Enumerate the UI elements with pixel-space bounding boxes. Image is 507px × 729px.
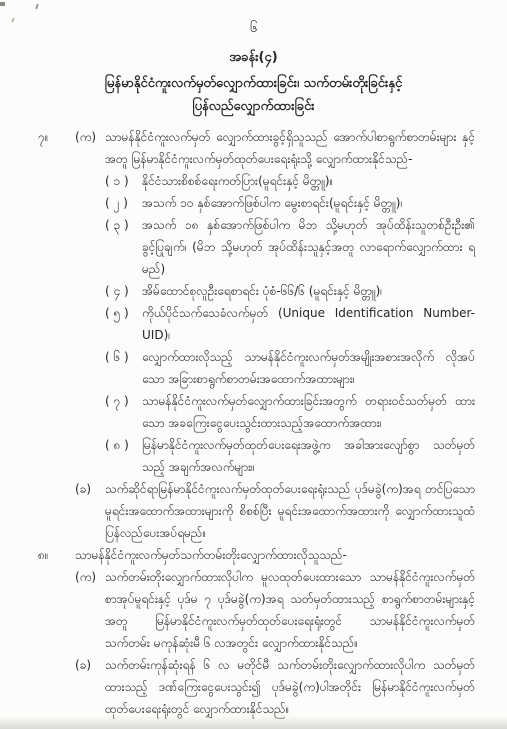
list-item-8-text: မြန်မာနိုင်ငံကူးလက်မှတ်ထုတ်ပေးရေးအဖွဲ့က … xyxy=(142,434,475,478)
list-item-5-number: ( ၅ ) xyxy=(105,302,142,324)
scan-artifact-bottom-band xyxy=(0,716,507,729)
section-7-clause-kha-text: သက်ဆိုင်ရာမြန်မာနိုင်ငံကူးလက်မှတ်ထုတ်ပေး… xyxy=(105,478,475,544)
document-title: မြန်မာနိုင်ငံကူးလက်မှတ်လျှောက်ထားခြင်း၊ … xyxy=(0,72,507,118)
list-item-7-number: ( ၇ ) xyxy=(105,390,142,412)
document-body: ၇။ (က) သာမန်နိုင်ငံကူးလက်မှတ် လျှောက်ထား… xyxy=(0,118,507,720)
document-title-line-2: ပြန်လည်လျှောက်ထားခြင်း xyxy=(0,95,507,118)
section-7-clause-kha: (ခ) သက်ဆိုင်ရာမြန်မာနိုင်ငံကူးလက်မှတ်ထုတ… xyxy=(38,478,475,544)
section-8-clause-kha-text: သက်တမ်းကုန်ဆုံးရန် ၆ လ မတိုင်မီ သက်တမ်းတ… xyxy=(105,654,475,720)
section-7-number: ၇။ xyxy=(38,126,75,148)
list-item-6: ( ၆ ) လျှောက်ထားလိုသည့် သာမန်နိုင်ငံကူးလ… xyxy=(105,346,475,390)
section-7-clause-ka-label: (က) xyxy=(75,126,105,148)
section-7: ၇။ (က) သာမန်နိုင်ငံကူးလက်မှတ် လျှောက်ထား… xyxy=(38,126,475,478)
section-8-clause-ka-text: သက်တမ်းတိုးလျှောက်ထားလိုပါက မူလထုတ်ပေးထာ… xyxy=(105,566,475,654)
page-number: ၆ xyxy=(0,20,507,38)
list-item-4-number: ( ၄ ) xyxy=(105,280,142,302)
list-item-3-number: ( ၃ ) xyxy=(105,214,142,236)
list-item-3-text: အသက် ၁၈ နှစ်အောက်ဖြစ်ပါက မိဘ သို့မဟုတ် အ… xyxy=(142,214,475,280)
section-8-intro: သာမန်နိုင်ငံကူးလက်မှတ်သက်တမ်းတိုးလျှောက်… xyxy=(75,544,475,566)
section-8-clause-kha: (ခ) သက်တမ်းကုန်ဆုံးရန် ၆ လ မတိုင်မီ သက်တ… xyxy=(38,654,475,720)
list-item-5: ( ၅ ) ကိုယ်ပိုင်သက်သေခံလက်မှတ် (Unique I… xyxy=(105,302,475,346)
section-8-clause-kha-label: (ခ) xyxy=(75,654,105,676)
page-header: ၆ အခန်း(၄) မြန်မာနိုင်ငံကူးလက်မှတ်လျှောက… xyxy=(0,0,507,118)
list-item-8-number: ( ၈ ) xyxy=(105,434,142,456)
section-8-number: ၈။ xyxy=(38,544,75,566)
list-item-4: ( ၄ ) အိမ်ထောင်စုလူဦးရေစာရင်း ပုံစံ-၆၆/၆… xyxy=(105,280,475,302)
section-8: ၈။ သာမန်နိုင်ငံကူးလက်မှတ်သက်တမ်းတိုးလျှေ… xyxy=(38,544,475,566)
section-7-clause-ka: သာမန်နိုင်ငံကူးလက်မှတ် လျှောက်ထားခွင့်ရှ… xyxy=(105,126,475,478)
section-7-clause-kha-label: (ခ) xyxy=(75,478,105,500)
document-page: ၆ အခန်း(၄) မြန်မာနိုင်ငံကူးလက်မှတ်လျှောက… xyxy=(0,0,507,729)
list-item-7: ( ၇ ) သာမန်နိုင်ငံကူးလက်မှတ်လျှောက်ထားခြ… xyxy=(105,390,475,434)
list-item-7-text: သာမန်နိုင်ငံကူးလက်မှတ်လျှောက်ထားခြင်းအတွ… xyxy=(142,390,475,434)
section-8-clause-ka: (က) သက်တမ်းတိုးလျှောက်ထားလိုပါက မူလထုတ်ပ… xyxy=(38,566,475,654)
list-item-3: ( ၃ ) အသက် ၁၈ နှစ်အောက်ဖြစ်ပါက မိဘ သို့မ… xyxy=(105,214,475,280)
list-item-2-text: အသက် ၁၀ နှစ်အောက်ဖြစ်ပါက မွေးစာရင်း(မူရင… xyxy=(142,192,475,214)
list-item-8: ( ၈ ) မြန်မာနိုင်ငံကူးလက်မှတ်ထုတ်ပေးရေးအ… xyxy=(105,434,475,478)
list-item-4-text: အိမ်ထောင်စုလူဦးရေစာရင်း ပုံစံ-၆၆/၆ (မူရင… xyxy=(142,280,475,302)
list-item-6-text: လျှောက်ထားလိုသည့် သာမန်နိုင်ငံကူးလက်မှတ်… xyxy=(142,346,475,390)
chapter-heading: အခန်း(၄) xyxy=(0,49,507,67)
section-7-clause-ka-text: သာမန်နိုင်ငံကူးလက်မှတ် လျှောက်ထားခွင့်ရှ… xyxy=(105,126,475,170)
list-item-1-text: နိုင်ငံသားစိစစ်ရေးကတ်ပြား(မူရင်းနှင့် မိ… xyxy=(142,170,475,192)
scan-artifact-corner xyxy=(0,2,5,6)
list-item-2: ( ၂ ) အသက် ၁၀ နှစ်အောက်ဖြစ်ပါက မွေးစာရင်… xyxy=(105,192,475,214)
list-item-6-number: ( ၆ ) xyxy=(105,346,142,368)
document-title-line-1: မြန်မာနိုင်ငံကူးလက်မှတ်လျှောက်ထားခြင်း၊ … xyxy=(0,72,507,95)
section-8-clause-ka-label: (က) xyxy=(75,566,105,588)
list-item-2-number: ( ၂ ) xyxy=(105,192,142,214)
list-item-1-number: ( ၁ ) xyxy=(105,170,142,192)
list-item-1: ( ၁ ) နိုင်ငံသားစိစစ်ရေးကတ်ပြား(မူရင်းနှ… xyxy=(105,170,475,192)
list-item-5-text: ကိုယ်ပိုင်သက်သေခံလက်မှတ် (Unique Identif… xyxy=(142,302,475,346)
